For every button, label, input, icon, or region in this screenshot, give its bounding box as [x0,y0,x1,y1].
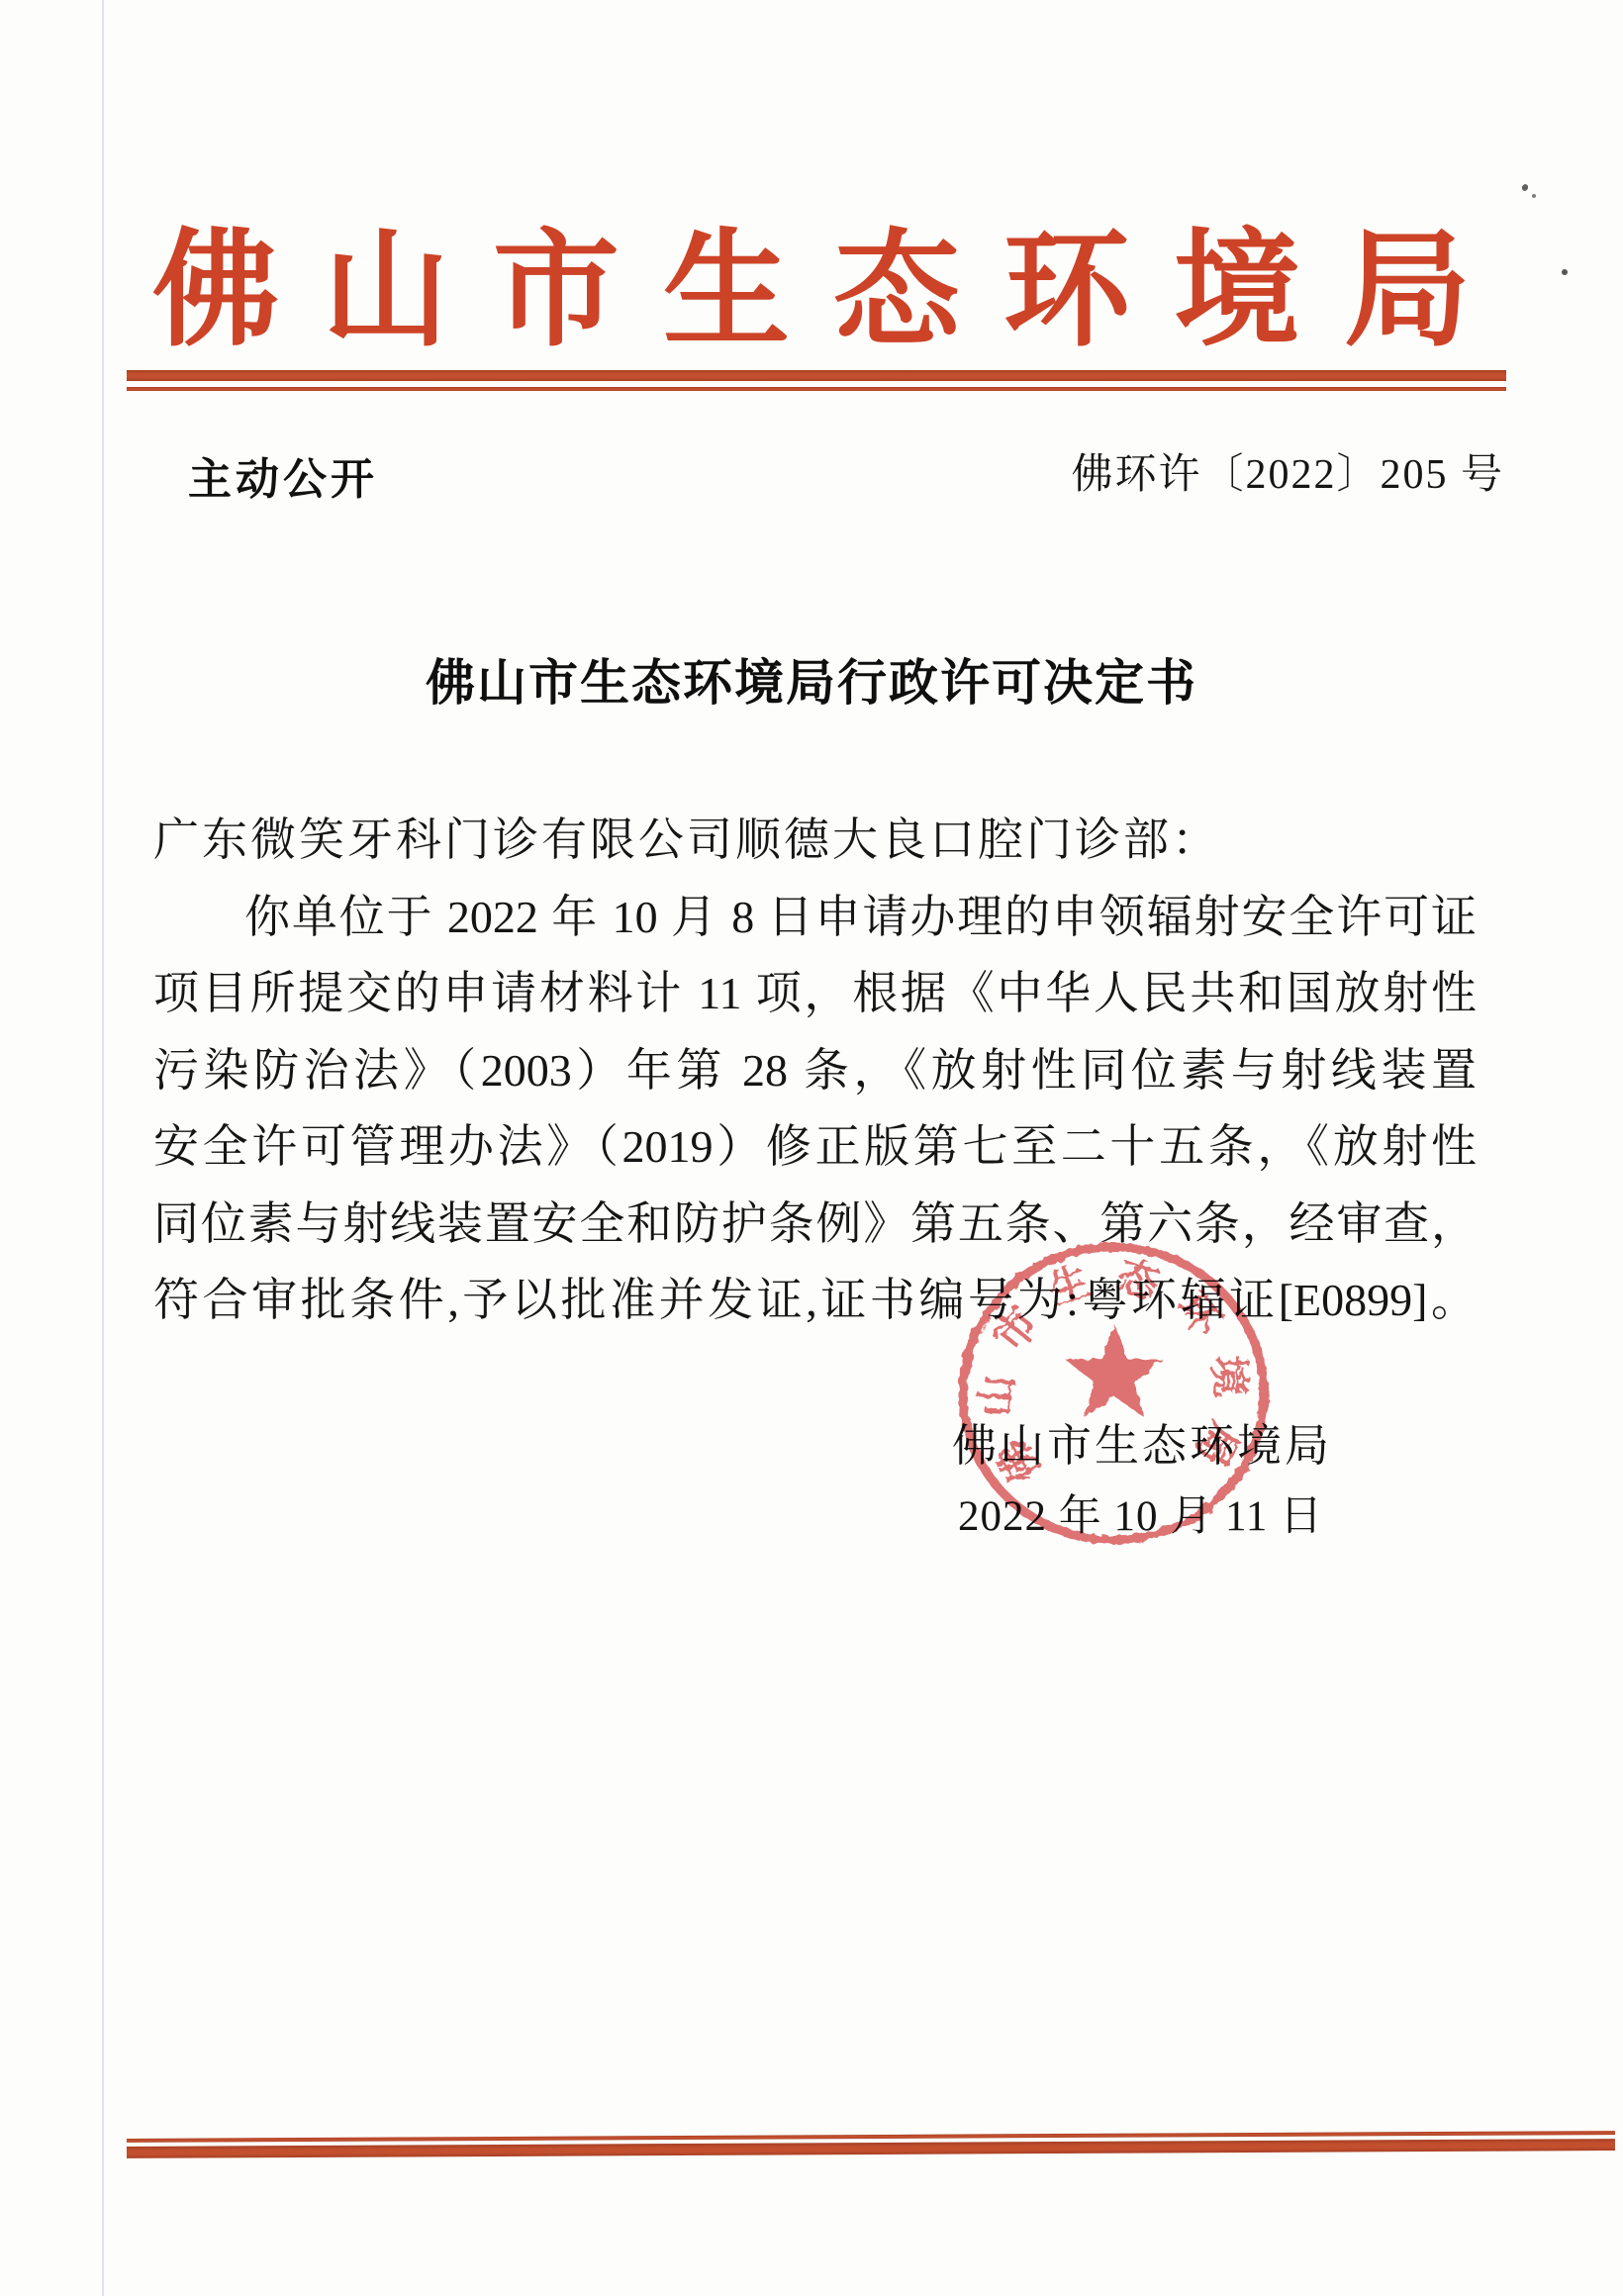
body-line: 符合审批条件,予以批准并发证,证书编号为:粤环辐证[E0899]。 [153,1262,1477,1339]
letterhead-title: 佛山市生态环境局 [0,188,1623,370]
publicity-label: 主动公开 [188,443,378,507]
document-title: 佛山市生态环境局行政许可决定书 [0,643,1623,715]
body-line: 你单位于 2022 年 10 月 8 日申请办理的申领辐射安全许可证 [153,879,1477,956]
scan-speck [1532,194,1536,198]
doc-number: 佛环许〔2022〕205 号 [1071,441,1504,501]
body-text: 广东微笑牙科门诊有限公司顺德大良口腔门诊部： 你单位于 2022 年 10 月 … [153,802,1477,1339]
salutation-line: 广东微笑牙科门诊有限公司顺德大良口腔门诊部： [153,802,1477,879]
scan-speck [1562,269,1568,275]
document-page: 佛山市生态环境局 主动公开 佛环许〔2022〕205 号 佛山市生态环境局行政许… [0,0,1623,2296]
footer-rule-thick [127,2139,1615,2158]
header-rule-thin [127,387,1506,391]
body-line: 项目所提交的申请材料计 11 项，根据《中华人民共和国放射性 [153,955,1477,1032]
body-line: 污染防治法》（2003）年第 28 条，《放射性同位素与射线装置 [153,1032,1477,1109]
header-rule-thick [127,370,1506,381]
signature-date: 2022 年 10 月 11 日 [958,1483,1323,1543]
body-line: 安全许可管理办法》（2019）修正版第七至二十五条，《放射性 [153,1108,1477,1186]
signature-org: 佛山市生态环境局 [952,1409,1332,1474]
body-line: 同位素与射线装置安全和防护条例》第五条、第六条，经审查， [153,1186,1477,1263]
